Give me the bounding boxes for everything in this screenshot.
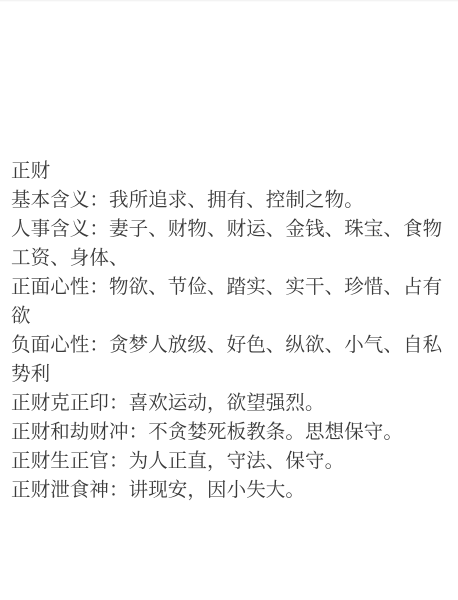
document-body: 正财 基本含义：我所追求、拥有、控制之物。 人事含义：妻子、财物、财运、金钱、珠… [11, 156, 458, 504]
personnel-meaning-line-cont: 工资、身体、 [11, 243, 458, 272]
top-edge-shadow [0, 0, 458, 2]
positive-trait-line-cont: 欲 [11, 301, 458, 330]
positive-trait-line: 正面心性：物欲、节俭、踏实、实干、珍惜、占有 [11, 272, 458, 301]
basic-meaning-line: 基本含义：我所追求、拥有、控制之物。 [11, 185, 458, 214]
wealth-drains-eating-god-line: 正财泄食神：讲现安，因小失大。 [11, 475, 458, 504]
negative-trait-line: 负面心性：贪梦人放级、好色、纵欲、小气、自私 [11, 330, 458, 359]
wealth-clash-robwealth-line: 正财和劫财冲：不贪婪死板教条。思想保守。 [11, 417, 458, 446]
wealth-vs-seal-line: 正财克正印：喜欢运动，欲望强烈。 [11, 388, 458, 417]
wealth-generates-officer-line: 正财生正官：为人正直，守法、保守。 [11, 446, 458, 475]
negative-trait-line-cont: 势利 [11, 359, 458, 388]
document-title: 正财 [11, 156, 458, 185]
personnel-meaning-line: 人事含义：妻子、财物、财运、金钱、珠宝、食物 [11, 214, 458, 243]
